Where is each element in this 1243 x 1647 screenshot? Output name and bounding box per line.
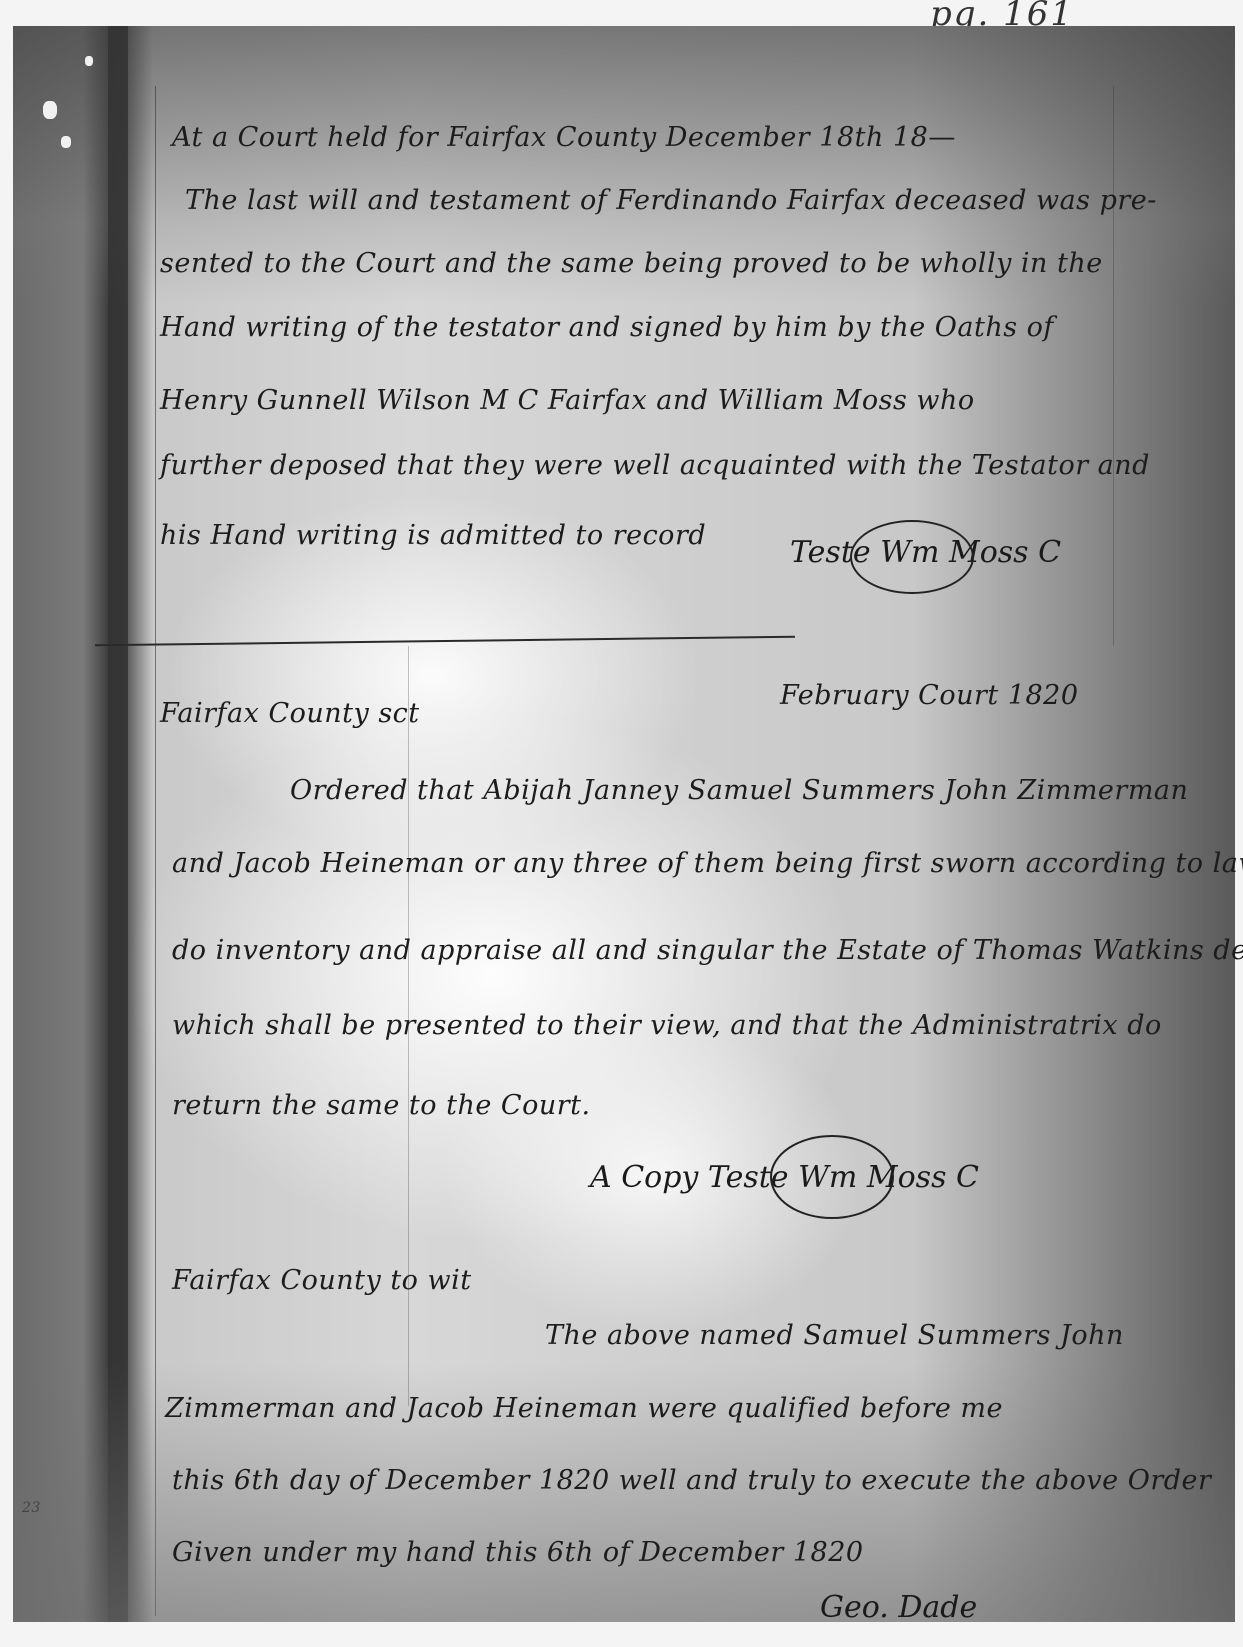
text-line: his Hand writing is admitted to record <box>160 520 706 551</box>
text-line: Zimmerman and Jacob Heineman were qualif… <box>165 1393 1003 1424</box>
text-line: At a Court held for Fairfax County Decem… <box>172 122 956 153</box>
text-line: The last will and testament of Ferdinand… <box>185 185 1157 216</box>
text-line: Henry Gunnell Wilson M C Fairfax and Wil… <box>160 385 975 416</box>
section-heading: Fairfax County to wit <box>172 1265 472 1296</box>
signature-flourish <box>770 1135 894 1219</box>
margin-mark: 23 <box>22 1500 41 1516</box>
text-line: return the same to the Court. <box>172 1090 591 1121</box>
text-line: this 6th day of December 1820 well and t… <box>172 1465 1211 1496</box>
section-heading: Fairfax County sct <box>160 698 420 729</box>
text-line: sented to the Court and the same being p… <box>160 248 1103 279</box>
court-date: February Court 1820 <box>780 680 1079 711</box>
text-line: further deposed that they were well acqu… <box>160 450 1150 481</box>
text-line: Ordered that Abijah Janney Samuel Summer… <box>290 775 1188 806</box>
signature-flourish <box>850 520 974 594</box>
text-line: do inventory and appraise all and singul… <box>172 935 1243 966</box>
document-text: At a Court held for Fairfax County Decem… <box>0 0 1243 1647</box>
justice-signature: Geo. Dade <box>820 1590 977 1625</box>
text-line: which shall be presented to their view, … <box>172 1010 1162 1041</box>
text-line: Given under my hand this 6th of December… <box>172 1537 864 1568</box>
text-line: Hand writing of the testator and signed … <box>160 312 1054 343</box>
text-line: The above named Samuel Summers John <box>545 1320 1124 1351</box>
text-line: and Jacob Heineman or any three of them … <box>172 848 1243 879</box>
